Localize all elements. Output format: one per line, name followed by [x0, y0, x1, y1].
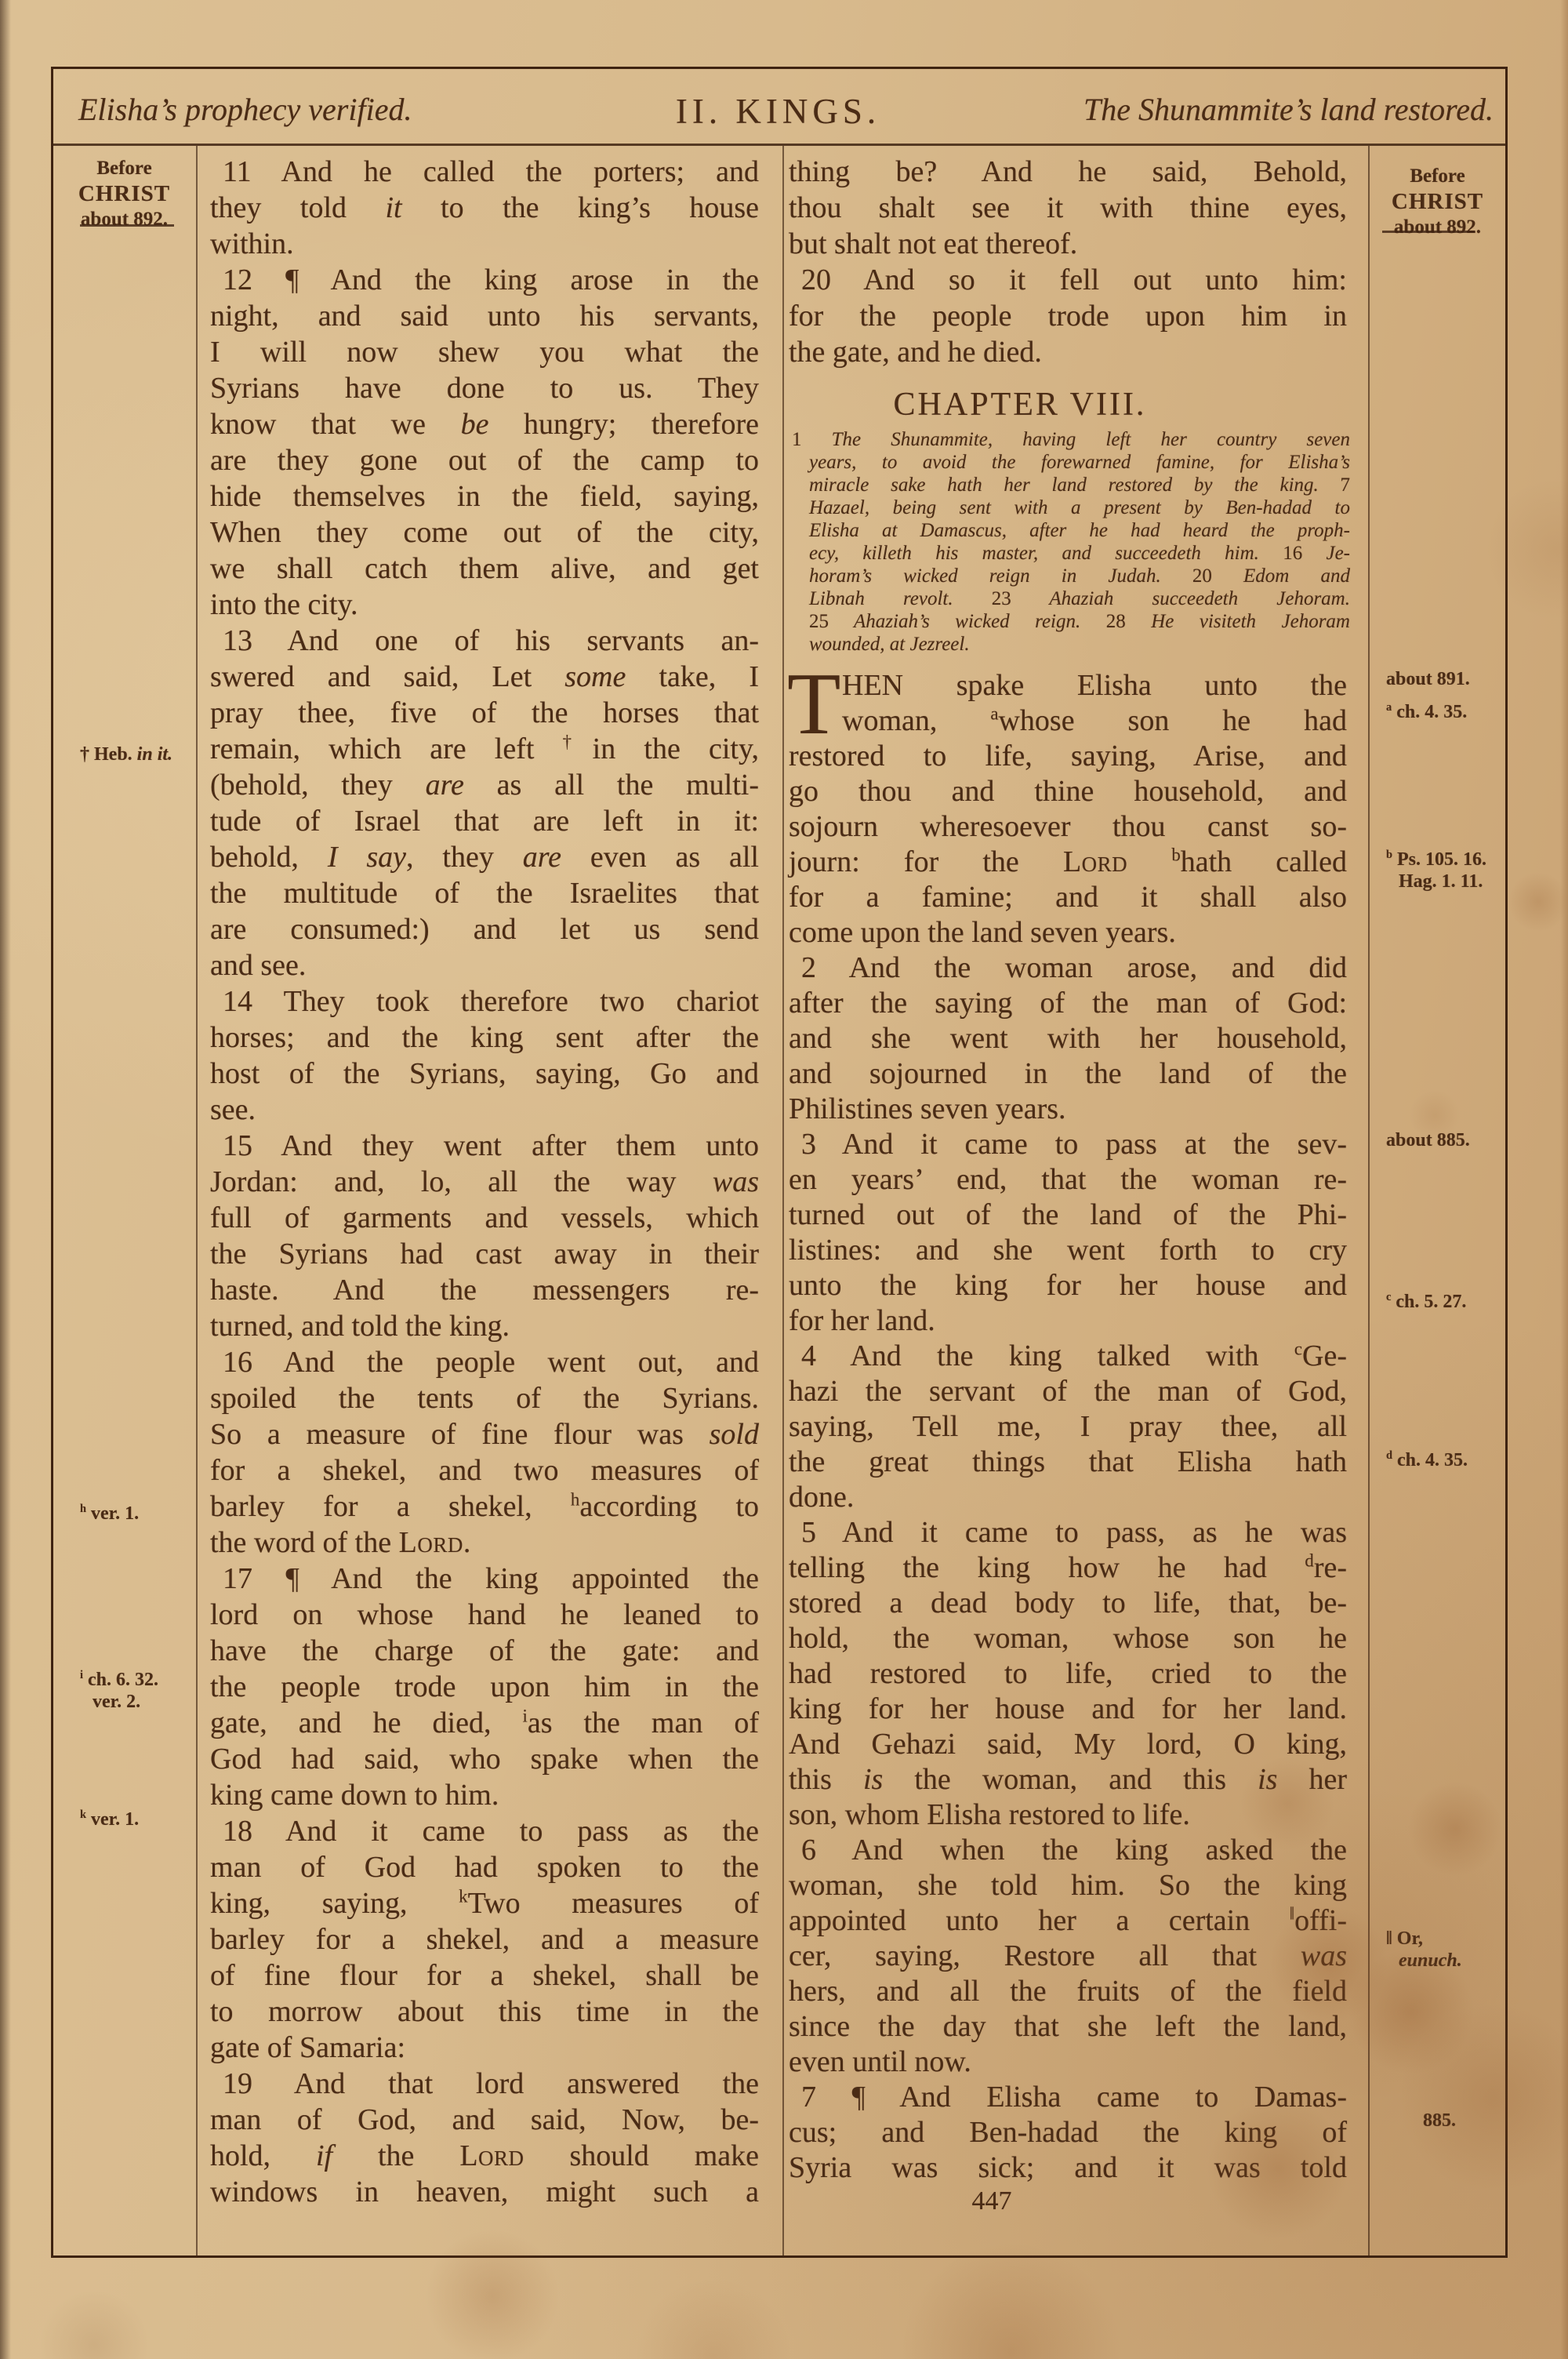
margin-note: about 891. [1386, 668, 1470, 690]
text-line: barley for a shekel, haccording to [210, 1488, 759, 1525]
text-line: hold, the woman, whose son he [789, 1621, 1347, 1656]
margin-note-line: a ch. 4. 35. [1386, 701, 1467, 723]
text-line: 15 And they went after them unto [210, 1128, 759, 1164]
text-line: ecy, killeth his master, and succeedeth … [792, 542, 1350, 565]
text-line: know that we be hungry; therefore [210, 406, 759, 442]
text-line: they told it to the king’s house [210, 190, 759, 226]
margin-note-line: c ch. 5. 27. [1386, 1291, 1466, 1313]
margin-note: b Ps. 105. 16.Hag. 1. 11. [1386, 849, 1486, 892]
text-line: have the charge of the gate: and [210, 1633, 759, 1669]
text-line: 19 And that lord answered the [210, 2066, 759, 2102]
text-line: 16 And the people went out, and [210, 1344, 759, 1380]
text-line: wounded, at Jezreel. [792, 633, 1350, 656]
text-line: gate of Samaria: [210, 2030, 759, 2066]
text-line: 25 Ahaziah’s wicked reign. 28 He visitet… [792, 610, 1350, 633]
text-line: horam’s wicked reign in Judah. 20 Edom a… [792, 565, 1350, 587]
text-line: for a famine; and it shall also [789, 880, 1347, 915]
text-line: 1 The Shunammite, having left her countr… [792, 428, 1350, 451]
text-line: behold, I say, they are even as all [210, 839, 759, 875]
text-line: cer, saying, Restore all that was [789, 1939, 1347, 1974]
text-line: hold, if the Lord should make [210, 2138, 759, 2174]
text-line: gate, and he died, ias the man of [210, 1705, 759, 1741]
scanned-bible-page: { "theme": { "paper": "#d7b98c", "ink": … [0, 0, 1568, 2359]
text-line: Syrians have done to us. They [210, 370, 759, 406]
text-line: sojourn wheresoever thou canst so- [789, 809, 1347, 845]
chapter-heading: CHAPTER VIII. [734, 386, 1306, 423]
margin-note-line: b Ps. 105. 16. [1386, 849, 1486, 871]
text-line: and she went with her household, [789, 1021, 1347, 1056]
text-line: hers, and all the fruits of the field [789, 1974, 1347, 2009]
text-line: the great things that Elisha hath [789, 1445, 1347, 1480]
text-line: miracle sake hath her land restored by t… [792, 474, 1350, 496]
margin-note-line: about 891. [1386, 668, 1470, 690]
text-line: (behold, they are as all the multi- [210, 767, 759, 803]
text-line: HEN spake Elisha unto the [842, 668, 1347, 703]
text-line: 18 And it came to pass as the [210, 1813, 759, 1849]
text-line: son, whom Elisha restored to life. [789, 1797, 1347, 1833]
text-line: night, and said unto his servants, [210, 298, 759, 334]
drop-cap-letter: T [787, 670, 840, 739]
text-line: come upon the land seven years. [789, 915, 1347, 951]
text-line: to morrow about this time in the [210, 1994, 759, 2030]
text-line: tude of Israel that are left in it: [210, 803, 759, 839]
text-line: host of the Syrians, saying, Go and [210, 1056, 759, 1092]
text-line: remain, which are left †in the city, [210, 731, 759, 767]
text-line: en years’ end, that the woman re- [789, 1162, 1347, 1198]
text-line: and sojourned in the land of the [789, 1056, 1347, 1092]
text-line: Hazael, being sent with a present by Ben… [792, 496, 1350, 519]
text-line: pray thee, five of the horses that [210, 695, 759, 731]
text-line: for the people trode upon him in [789, 298, 1347, 334]
text-line: turned out of the land of the Phi- [789, 1198, 1347, 1233]
text-line: see. [210, 1092, 759, 1128]
right-text-column-body: T HEN spake Elisha unto thewoman, awhose… [789, 668, 1347, 2186]
text-line: 3 And it came to pass at the sev- [789, 1127, 1347, 1162]
text-line: 12 ¶ And the king arose in the [210, 262, 759, 298]
text-line: barley for a shekel, and a measure [210, 1921, 759, 1957]
text-line: this is the woman, and this is her [789, 1762, 1347, 1797]
text-line: 13 And one of his servants an- [210, 623, 759, 659]
text-line: restored to life, saying, Arise, and [789, 739, 1347, 774]
text-line: woman, awhose son he had [842, 703, 1347, 739]
margin-note-line: Hag. 1. 11. [1386, 871, 1486, 892]
text-line: turned, and told the king. [210, 1308, 759, 1344]
text-line: the gate, and he died. [789, 334, 1347, 370]
text-line: full of garments and vessels, which [210, 1200, 759, 1236]
text-line: Jordan: and, lo, all the way was [210, 1164, 759, 1200]
text-line: are they gone out of the camp to [210, 442, 759, 478]
text-line: Philistines seven years. [789, 1092, 1347, 1127]
text-line: king came down to him. [210, 1777, 759, 1813]
text-line: When they come out of the city, [210, 514, 759, 551]
right-text-column-top: thing be? And he said, Behold,thou shalt… [789, 154, 1347, 370]
text-line: I will now shew you what the [210, 334, 759, 370]
text-line: journ: for the Lord bhath called [789, 845, 1347, 880]
text-line: stored a dead body to life, that, be- [789, 1586, 1347, 1621]
text-line: since the day that she left the land, [789, 2009, 1347, 2045]
text-line: 7 ¶ And Elisha came to Damas- [789, 2080, 1347, 2115]
text-line: and see. [210, 947, 759, 983]
margin-note: 885. [1423, 2110, 1456, 2132]
text-line: the people trode upon him in the [210, 1669, 759, 1705]
text-line: even until now. [789, 2045, 1347, 2080]
text-line: we shall catch them alive, and get [210, 551, 759, 587]
margin-note-line: 885. [1423, 2110, 1456, 2132]
text-line: man of God, and said, Now, be- [210, 2102, 759, 2138]
text-line: for her land. [789, 1303, 1347, 1339]
text-line: windows in heaven, might such a [210, 2174, 759, 2210]
text-line: horses; and the king sent after the [210, 1020, 759, 1056]
text-line: the word of the Lord. [210, 1525, 759, 1561]
text-line: hide themselves in the field, saying, [210, 478, 759, 514]
text-line: So a measure of fine flour was sold [210, 1416, 759, 1452]
text-line: spoiled the tents of the Syrians. [210, 1380, 759, 1416]
text-line: 11 And he called the porters; and [210, 154, 759, 190]
text-line: 5 And it came to pass, as he was [789, 1515, 1347, 1550]
text-line: years, to avoid the forewarned famine, f… [792, 451, 1350, 474]
text-line: done. [789, 1480, 1347, 1515]
text-line: Libnah revolt. 23 Ahaziah succeedeth Jeh… [792, 587, 1350, 610]
text-line: go thou and thine household, and [789, 774, 1347, 809]
margin-note-line: ‖ Or, [1386, 1928, 1462, 1950]
text-line: God had said, who spake when the [210, 1741, 759, 1777]
text-line: swered and said, Let some take, I [210, 659, 759, 695]
text-line: And Gehazi said, My lord, O king, [789, 1727, 1347, 1762]
text-line: after the saying of the man of God: [789, 986, 1347, 1021]
left-text-column: 11 And he called the porters; andthey to… [210, 154, 759, 2210]
text-line: had restored to life, cried to the [789, 1656, 1347, 1692]
text-line: woman, she told him. So the king [789, 1868, 1347, 1903]
text-line: the multitude of the Israelites that [210, 875, 759, 911]
text-line: hazi the servant of the man of God, [789, 1374, 1347, 1409]
margin-note-line: about 885. [1386, 1129, 1470, 1151]
margin-note: c ch. 5. 27. [1386, 1291, 1466, 1313]
margin-note: ‖ Or,eunuch. [1386, 1928, 1462, 1972]
text-line: of fine flour for a shekel, shall be [210, 1957, 759, 1994]
text-line: for a shekel, and two measures of [210, 1452, 759, 1488]
text-line: haste. And the messengers re- [210, 1272, 759, 1308]
text-line: 17 ¶ And the king appointed the [210, 1561, 759, 1597]
text-line: 20 And so it fell out unto him: [789, 262, 1347, 298]
margin-note: a ch. 4. 35. [1386, 701, 1467, 723]
text-line: thing be? And he said, Behold, [789, 154, 1347, 190]
text-line: lord on whose hand he leaned to [210, 1597, 759, 1633]
text-line: appointed unto her a certain ‖offi- [789, 1903, 1347, 1939]
text-line: cus; and Ben-hadad the king of [789, 2115, 1347, 2150]
text-line: Elisha at Damascus, after he had heard t… [792, 519, 1350, 542]
margin-note: d ch. 4. 35. [1386, 1449, 1468, 1471]
margin-note-line: eunuch. [1386, 1950, 1462, 1972]
text-line: 4 And the king talked with cGe- [789, 1339, 1347, 1374]
text-line: man of God had spoken to the [210, 1849, 759, 1885]
chapter-summary: 1 The Shunammite, having left her countr… [792, 428, 1350, 656]
text-line: 6 And when the king asked the [789, 1833, 1347, 1868]
text-line: are consumed:) and let us send [210, 911, 759, 947]
text-line: king for her house and for her land. [789, 1692, 1347, 1727]
text-line: listines: and she went forth to cry [789, 1233, 1347, 1268]
text-line: but shalt not eat thereof. [789, 226, 1347, 262]
text-line: unto the king for her house and [789, 1268, 1347, 1303]
text-line: Syria was sick; and it was told [789, 2150, 1347, 2186]
text-line: 2 And the woman arose, and did [789, 951, 1347, 986]
text-line: telling the king how he had dre- [789, 1550, 1347, 1586]
text-line: within. [210, 226, 759, 262]
text-line: into the city. [210, 587, 759, 623]
text-line: saying, Tell me, I pray thee, all [789, 1409, 1347, 1445]
margin-note-line: d ch. 4. 35. [1386, 1449, 1468, 1471]
page-number: 447 [913, 2186, 1070, 2216]
text-line: thou shalt see it with thine eyes, [789, 190, 1347, 226]
text-line: 14 They took therefore two chariot [210, 983, 759, 1020]
margin-note: about 885. [1386, 1129, 1470, 1151]
text-line: king, saying, kTwo measures of [210, 1885, 759, 1921]
text-line: the Syrians had cast away in their [210, 1236, 759, 1272]
